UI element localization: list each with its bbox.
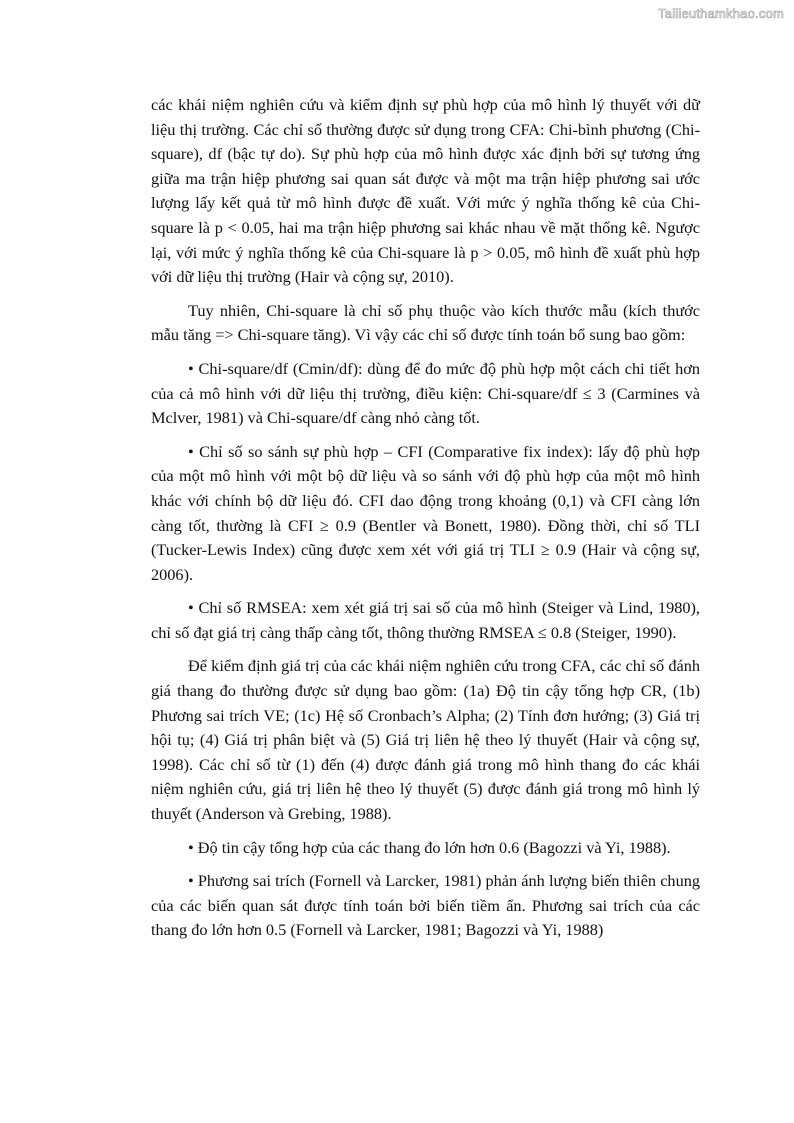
- paragraph-cfa-intro: các khái niệm nghiên cứu và kiểm định sự…: [151, 93, 700, 290]
- bullet-cmin-df: • Chi-square/df (Cmin/df): dùng để đo mứ…: [151, 357, 700, 431]
- bullet-variance-extracted: • Phương sai trích (Fornell và Larcker, …: [151, 869, 700, 943]
- document-body: các khái niệm nghiên cứu và kiểm định sự…: [151, 93, 700, 952]
- paragraph-chi-square-limitation: Tuy nhiên, Chi-square là chỉ số phụ thuộ…: [151, 299, 700, 348]
- paragraph-scale-evaluation: Để kiểm định giá trị của các khái niệm n…: [151, 654, 700, 826]
- bullet-rmsea: • Chỉ số RMSEA: xem xét giá trị sai số c…: [151, 596, 700, 645]
- bullet-cfi: • Chỉ số so sánh sự phù hợp – CFI (Compa…: [151, 440, 700, 588]
- bullet-composite-reliability: • Độ tin cậy tổng hợp của các thang đo l…: [151, 836, 700, 861]
- watermark: Tailieuthamkhao.com: [658, 6, 784, 21]
